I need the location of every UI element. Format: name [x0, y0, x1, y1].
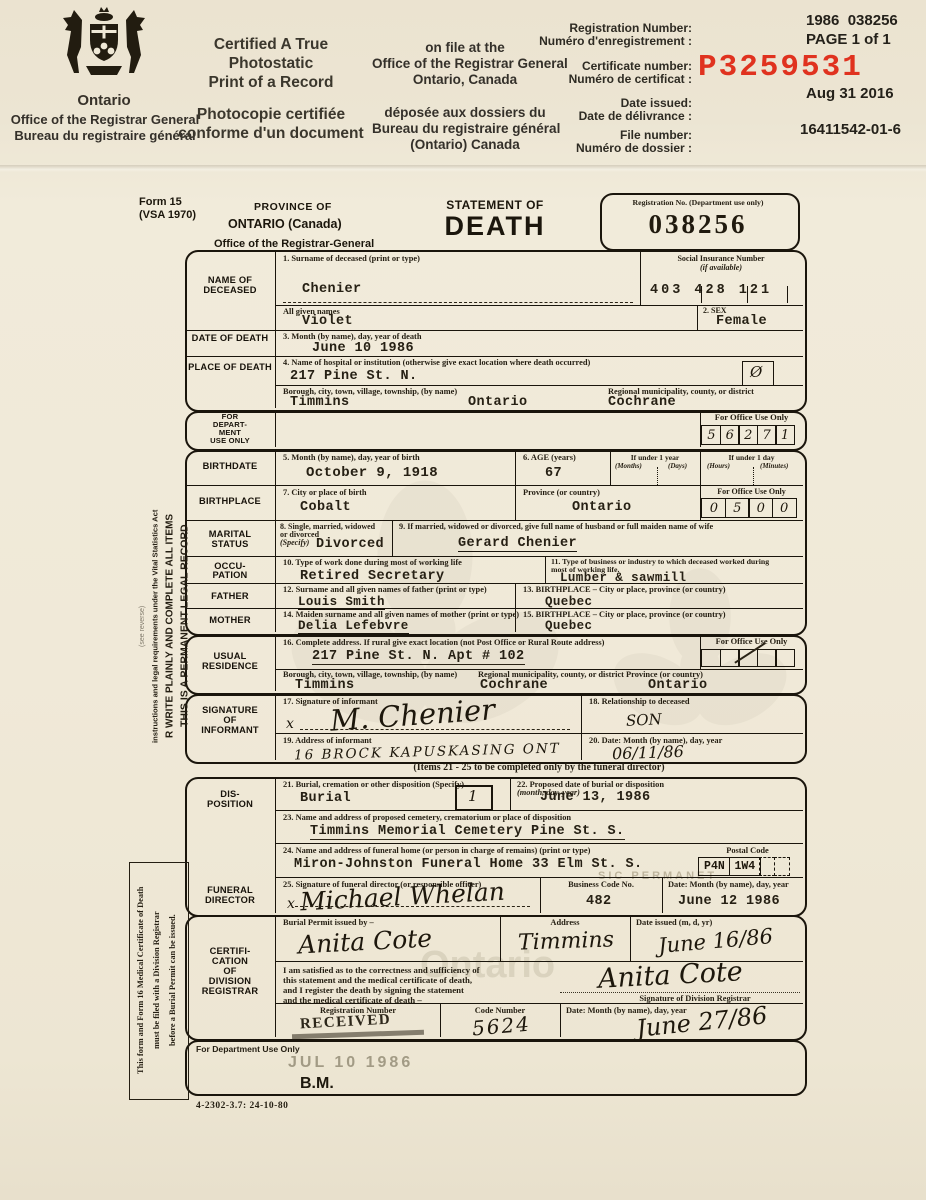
postal-segment: P4N: [698, 857, 730, 876]
rule: [640, 250, 641, 305]
office-use-label: For Office Use Only: [702, 488, 801, 496]
relationship-label: 18. Relationship to deceased: [589, 698, 690, 707]
file-number-label-en: File number:: [520, 129, 692, 141]
business-code-label: Business Code No.: [543, 881, 659, 890]
rule: [275, 411, 276, 447]
birth-city-value: Cobalt: [300, 500, 351, 515]
mother-name-value: Delia Lefebvre: [298, 619, 409, 634]
rule: [185, 583, 803, 584]
side-caption-disposition: POSITION: [187, 800, 273, 810]
residence-province-value: Ontario: [648, 678, 708, 693]
office-digit: 0: [748, 498, 773, 518]
permit-date-label: Date issued (m, d, yr): [636, 919, 712, 928]
disposition-label: 21. Burial, cremation or other dispositi…: [283, 781, 464, 790]
date-received-stamp: JUL 10 1986: [288, 1054, 413, 1072]
residence-city-value: Timmins: [295, 678, 355, 693]
place-checkbox-mark: Ø: [750, 363, 762, 381]
rule: [630, 915, 631, 961]
filing-note-line: must be filed with a Division Registrar: [149, 866, 165, 1094]
office-use-digit-boxes: 5 6 2 7 1: [703, 425, 795, 445]
office-line: Office of the Registrar-General: [214, 238, 374, 250]
hours-label: (Hours): [707, 463, 730, 470]
certificate-number-label-en: Certificate number:: [520, 60, 692, 72]
office-box: [757, 649, 777, 667]
filing-note: This form and Form 16 Medical Certificat…: [133, 866, 181, 1094]
form-number: Form 15: [139, 196, 182, 208]
birthdate-value: October 9, 1918: [306, 465, 438, 481]
hospital-value: 217 Pine St. N.: [290, 369, 418, 384]
rule: [185, 356, 803, 357]
rule: [185, 485, 803, 486]
see-reverse-note: (see reverse): [137, 450, 150, 802]
funeral-date-label: Date: Month (by name), day, year: [668, 881, 789, 890]
office-digit: 5: [701, 425, 721, 445]
office-box: [720, 649, 740, 667]
spouse-value: Gerard Chenier: [458, 536, 577, 552]
rule: [581, 694, 582, 760]
informant-date-value: 06/11/86: [612, 742, 684, 763]
certification-statement: and the medical certificate of death –: [283, 996, 422, 1005]
rule: [275, 843, 803, 844]
rule: [275, 385, 803, 386]
age-value: 67: [545, 466, 562, 481]
business-code-value: 482: [586, 894, 612, 909]
ontario-coat-of-arms-icon: [52, 6, 156, 94]
death-title: DEATH: [428, 211, 562, 242]
spouse-label: 9. If married, widowed or divorced, give…: [399, 523, 713, 532]
form-print-code: 4-2302-3.7: 24-10-80: [196, 1101, 288, 1111]
certification-statement: I am satisfied as to the correctness and…: [283, 966, 480, 975]
certification-statement: and I register the death by signing the …: [283, 986, 464, 995]
rule: [515, 583, 516, 632]
rule: [510, 777, 511, 810]
rule: [185, 520, 803, 521]
disposition-value: Burial: [300, 791, 351, 806]
rule: [701, 286, 702, 303]
side-caption-informant: INFORMANT: [187, 726, 273, 736]
rule: [540, 877, 541, 913]
death-date-value: June 10 1986: [312, 341, 414, 356]
registration-no-box-value: 038256: [604, 209, 792, 240]
office-box: [775, 649, 795, 667]
permanent-record-note: THIS IS A PERMANENT LEGAL RECORD: [178, 450, 194, 802]
permit-address-label: Address: [504, 919, 626, 928]
rule: [560, 992, 800, 993]
certification-statement: this statement and the medical certifica…: [283, 976, 472, 985]
father-birthplace-label: 13. BIRTHPLACE – City or place, province…: [523, 586, 726, 595]
death-province-value: Ontario: [468, 395, 528, 410]
office-use-digit-boxes: 0 5 0 0: [703, 498, 797, 518]
given-names-value: Violet: [302, 314, 353, 329]
permit-address-value: Timmins: [518, 927, 615, 955]
minutes-label: (Minutes): [760, 463, 788, 470]
registration-no-box-label: Registration No. (Department use only): [604, 199, 792, 207]
cemetery-label: 23. Name and address of proposed cemeter…: [283, 814, 571, 823]
certified-note-line: Photostatic: [175, 55, 367, 73]
fold-shadow: [0, 165, 926, 172]
rule: [662, 877, 663, 913]
registration-number-label-en: Registration Number:: [520, 22, 692, 34]
office-digit: 6: [720, 425, 740, 445]
under-day-label: If under 1 day: [702, 454, 801, 462]
rule: [185, 608, 803, 609]
side-caption-name-of-deceased: NAME OF DECEASED: [187, 276, 273, 296]
certified-note-line: Certified A True: [175, 36, 367, 54]
certificate-number-label-fr: Numéro de certificat :: [520, 73, 692, 85]
registration-number-label-fr: Numéro d'enregistrement :: [520, 35, 692, 47]
rule: [300, 729, 570, 730]
work-type-label: 10. Type of work done during most of wor…: [283, 559, 462, 568]
code-number-value: 5624: [471, 1011, 532, 1040]
residence-address-label: 16. Complete address. If rural give exac…: [283, 639, 604, 648]
rule: [275, 915, 276, 1037]
sin-label: (if available): [642, 264, 800, 272]
disposition-code-value: 1: [468, 787, 478, 805]
form-vsa: (VSA 1970): [139, 209, 196, 221]
sex-value: Female: [716, 314, 767, 329]
province-line: ONTARIO (Canada): [228, 217, 342, 231]
file-number-label-fr: Numéro de dossier :: [520, 142, 692, 154]
side-caption-department: USE ONLY: [187, 437, 273, 445]
rule: [440, 1003, 441, 1037]
statement-of: STATEMENT OF: [428, 198, 562, 212]
sin-value: 403 428 121: [650, 283, 772, 298]
rule: [753, 467, 754, 485]
birth-city-label: 7. City or place of birth: [283, 489, 367, 498]
office-digit: 1: [775, 425, 795, 445]
certified-note-fr-line: Photocopie certifiée: [168, 106, 374, 124]
rule: [657, 467, 658, 485]
rule: [610, 450, 611, 485]
rule: [275, 877, 803, 878]
filing-note-line: This form and Form 16 Medical Certificat…: [133, 866, 149, 1094]
rule: [185, 330, 803, 331]
burial-date-value: June 13, 1986: [540, 790, 651, 805]
postal-code-boxes: P4N 1W4: [700, 857, 790, 876]
funeral-home-value: Miron-Johnston Funeral Home 33 Elm St. S…: [294, 857, 643, 872]
office-box: [701, 649, 721, 667]
death-region-value: Cochrane: [608, 395, 676, 410]
certificate-number-value: P3259531: [698, 50, 863, 85]
filing-note-line: before a Burial Permit can be issued.: [165, 866, 181, 1094]
side-caption-father: FATHER: [187, 592, 273, 602]
signature-x-mark: x: [286, 716, 294, 732]
rule: [275, 450, 276, 632]
office-digit: 0: [701, 498, 726, 518]
side-caption-mother: MOTHER: [187, 616, 273, 626]
side-caption-residence: RESIDENCE: [187, 662, 273, 672]
months-label: (Months): [615, 463, 642, 470]
registration-number-value: 1986 038256: [806, 12, 898, 29]
date-issued-value: Aug 31 2016: [806, 85, 894, 102]
birth-province-label: Province (or country): [523, 489, 600, 498]
province-line: PROVINCE OF: [254, 201, 332, 213]
brand-wordmark: Ontario: [52, 92, 156, 109]
rule: [275, 777, 276, 913]
father-name-value: Louis Smith: [298, 595, 385, 610]
funeral-home-label: 24. Name and address of funeral home (or…: [283, 847, 590, 856]
postal-code-label: Postal Code: [700, 847, 795, 856]
funeral-date-value: June 12 1986: [678, 894, 780, 909]
days-label: (Days): [668, 463, 687, 470]
file-number-value: 16411542-01-6: [800, 121, 901, 138]
office-use-label: For Office Use Only: [702, 413, 801, 422]
clerk-initials: B.M.: [300, 1075, 334, 1093]
left-margin-notes: (see reverse) instructions and legal req…: [137, 450, 193, 802]
write-plainly-note: R WRITE PLAINLY AND COMPLETE ALL ITEMS: [163, 450, 178, 802]
rule: [275, 810, 803, 811]
marital-label: (Specify): [280, 539, 309, 547]
division-registrar-signature-label: Signature of Division Registrar: [590, 995, 800, 1004]
cemetery-value: Timmins Memorial Cemetery Pine St. S.: [310, 824, 625, 840]
work-type-value: Retired Secretary: [300, 569, 445, 584]
office-digit: 0: [772, 498, 797, 518]
certified-note-line: Print of a Record: [175, 74, 367, 92]
under-year-label: If under 1 year: [612, 454, 698, 462]
office-digit: 5: [725, 498, 750, 518]
rule: [275, 635, 276, 691]
rule: [787, 286, 788, 303]
items-note: (Items 21 - 25 to be completed only by t…: [275, 763, 803, 774]
rule: [515, 450, 516, 520]
rule: [545, 556, 546, 583]
side-caption-birthplace: BIRTHPLACE: [187, 497, 273, 507]
page-count-value: PAGE 1 of 1: [806, 31, 891, 48]
residence-region-value: Cochrane: [480, 678, 548, 693]
rule: [392, 520, 393, 556]
postal-segment: 1W4: [729, 857, 761, 876]
instructions-note: instructions and legal requirements unde…: [150, 450, 163, 802]
rule: [500, 915, 501, 961]
side-caption-date-of-death: DATE OF DEATH: [187, 334, 273, 344]
industry-value: Lumber & sawmill: [560, 571, 686, 585]
date-issued-label-fr: Date de délivrance :: [520, 110, 692, 122]
dept-bottom-label: For Department Use Only: [196, 1044, 300, 1054]
scanned-death-certificate: SIC PERMANET Ontario Ontario Office of t…: [0, 0, 926, 1200]
birth-province-value: Ontario: [572, 500, 632, 515]
rule: [560, 1003, 561, 1037]
rule: [747, 286, 748, 303]
birthdate-label: 5. Month (by name), day, year of birth: [283, 454, 420, 463]
hospital-label: 4. Name of hospital or institution (othe…: [283, 359, 590, 368]
surname-label: 1. Surname of deceased (print or type): [283, 255, 420, 264]
side-caption-certification: REGISTRAR: [187, 987, 273, 997]
postal-segment-empty: [774, 857, 790, 876]
age-label: 6. AGE (years): [523, 454, 576, 463]
office-digit: 7: [757, 425, 777, 445]
father-birthplace-value: Quebec: [545, 595, 592, 609]
marital-value: Divorced: [316, 537, 384, 552]
father-name-label: 12. Surname and all given names of fathe…: [283, 586, 487, 595]
death-city-value: Timmins: [290, 395, 350, 410]
surname-value: Chenier: [302, 282, 362, 297]
rule: [295, 906, 530, 907]
rule: [697, 305, 698, 330]
certified-note-fr-line: conforme d'un document: [168, 125, 374, 143]
rule: [275, 694, 276, 760]
date-issued-label-en: Date issued:: [520, 97, 692, 109]
office-use-label: For Office Use Only: [702, 638, 801, 647]
residence-address-value: 217 Pine St. N. Apt # 102: [312, 649, 525, 665]
informant-address-label: 19. Address of informant: [283, 737, 372, 746]
side-caption-funeral: DIRECTOR: [187, 896, 273, 906]
side-caption-occupation: PATION: [187, 571, 273, 581]
side-caption-birthdate: BIRTHDATE: [187, 462, 273, 472]
relationship-value: SON: [626, 710, 663, 730]
side-caption-marital: STATUS: [187, 540, 273, 550]
mother-birthplace-value: Quebec: [545, 619, 592, 633]
side-caption-place-of-death: PLACE OF DEATH: [187, 363, 273, 373]
signature-x-mark: x: [287, 896, 295, 912]
office-digit: 2: [738, 425, 758, 445]
rule: [283, 302, 633, 303]
